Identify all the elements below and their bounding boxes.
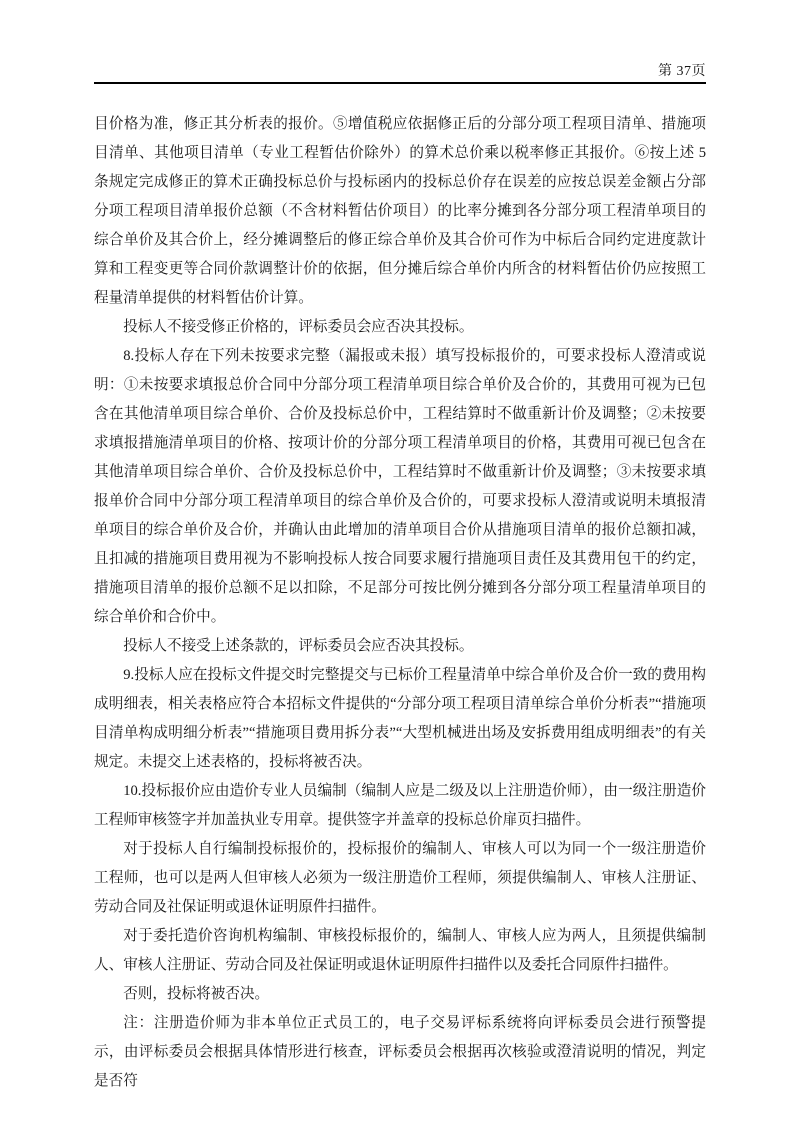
paragraph: 对于委托造价咨询机构编制、审核投标报价的，编制人、审核人应为两人，且须提供编制人… (94, 922, 706, 980)
page-number: 第 37页 (658, 60, 706, 80)
paragraph: 目价格为准，修正其分析表的报价。⑤增值税应依据修正后的分部分项工程项目清单、措施… (94, 110, 706, 313)
document-page: 第 37页 目价格为准，修正其分析表的报价。⑤增值税应依据修正后的分部分项工程项… (0, 0, 793, 1122)
paragraph: 8.投标人存在下列未按要求完整（漏报或未报）填写投标报价的，可要求投标人澄清或说… (94, 342, 706, 632)
page-content: 第 37页 目价格为准，修正其分析表的报价。⑤增值税应依据修正后的分部分项工程项… (94, 58, 706, 1096)
paragraph: 否则，投标将被否决。 (94, 980, 706, 1009)
paragraph: 投标人不接受上述条款的，评标委员会应否决其投标。 (94, 632, 706, 661)
document-body: 目价格为准，修正其分析表的报价。⑤增值税应依据修正后的分部分项工程项目清单、措施… (94, 110, 706, 1096)
paragraph: 10.投标报价应由造价专业人员编制（编制人应是二级及以上注册造价师），由一级注册… (94, 777, 706, 835)
paragraph: 投标人不接受修正价格的，评标委员会应否决其投标。 (94, 313, 706, 342)
paragraph: 9.投标人应在投标文件提交时完整提交与已标价工程量清单中综合单价及合价一致的费用… (94, 661, 706, 777)
paragraph: 注：注册造价师为非本单位正式员工的，电子交易评标系统将向评标委员会进行预警提示，… (94, 1009, 706, 1096)
page-header: 第 37页 (94, 58, 706, 84)
paragraph: 对于投标人自行编制投标报价的，投标报价的编制人、审核人可以为同一个一级注册造价工… (94, 835, 706, 922)
